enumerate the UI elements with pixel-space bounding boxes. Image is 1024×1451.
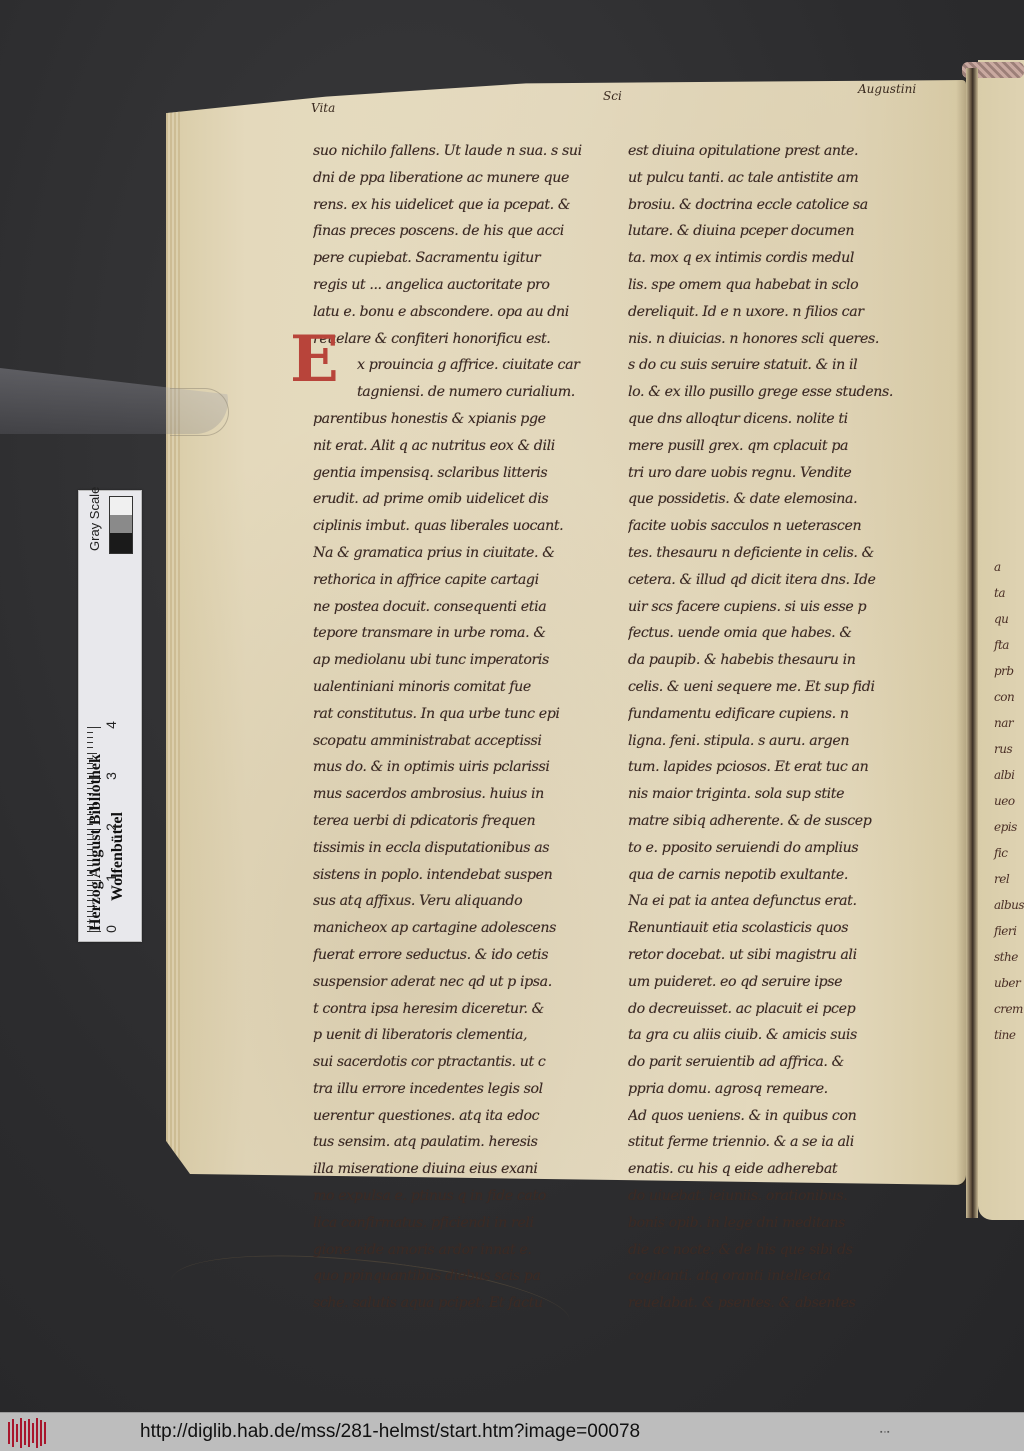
decorated-initial: E [290,330,339,390]
swatch-gray [110,515,132,533]
swatch-white [110,497,132,515]
manuscript-line: mere pusill grex. qm cplacuit pa [628,433,946,460]
logo-bar [24,1421,26,1445]
manuscript-line: uerentur questiones. atq ita edoc [313,1103,633,1130]
gutter [966,68,978,1218]
manuscript-line: sistens in poplo. intendebat suspen [313,862,633,889]
facing-page-fragment: ta [994,586,1005,600]
manuscript-line: fuerat errore seductus. & ido cetis [313,942,633,969]
ruler-label: 1 [103,874,119,882]
facing-page-fragment: con [994,690,1014,704]
manuscript-line: s do cu suis seruire statuit. & in il [628,352,946,379]
manuscript-line: do parit seruientib ad affrica. & [628,1049,946,1076]
manuscript-line: dni de ppa liberatione ac munere que [313,165,633,192]
pager-icon[interactable]: ▪▫▪ [880,1429,890,1436]
manuscript-line: to e. pposito seruiendi do amplius [628,835,946,862]
logo-bar [44,1422,46,1444]
ruler-tick [87,931,101,932]
manuscript-line: finas preces poscens. de his que acci [313,218,633,245]
manuscript-line: ligna. feni. stipula. s auru. argen [628,728,946,755]
manuscript-line: rens. ex his uidelicet que ia pcepat. & [313,192,633,219]
manuscript-line: nit erat. Alit q ac nutritus eox & dili [313,433,633,460]
manuscript-line: lica confirmatus. pficiendi in reli [313,1210,633,1237]
manuscript-line: que possidetis. & date elemosina. [628,486,946,513]
manuscript-line: retor docebat. ut sibi magistru ali [628,942,946,969]
facing-page-fragment: fieri [994,924,1016,938]
manuscript-line: tus sensim. atq paulatim. heresis [313,1129,633,1156]
manuscript-line: tissimis in eccla disputationibus as [313,835,633,862]
manuscript-line: terea uerbi di pdicatoris frequen [313,808,633,835]
manuscript-line: stitut ferme triennio. & a se ia ali [628,1129,946,1156]
manuscript-line: sus atq affixus. Veru aliquando [313,888,633,915]
manuscript-line: mus do. & in optimis uiris pclarissi [313,754,633,781]
running-head-center: Sci [603,89,622,103]
manuscript-line: x prouincia g affrice. ciuitate car [313,352,633,379]
manuscript-line: erudit. ad prime omib uidelicet dis [313,486,633,513]
ruler-tick [87,727,101,728]
facing-page-fragment: qu [994,612,1008,626]
facing-page-fragment: fic [994,846,1008,860]
facing-page-fragment: albi [994,768,1015,782]
manuscript-line: que dns alloqtur dicens. nolite ti [628,406,946,433]
manuscript-line: ta. mox q ex intimis cordis medul [628,245,946,272]
logo-bar [12,1419,14,1447]
logo-bar [40,1420,42,1446]
institution-label: Herzog August Bibliothek [87,754,105,931]
manuscript-line: cogitanti. atq oranti intellecta [628,1263,946,1290]
swatch-black [110,533,132,553]
manuscript-line: reuelare & confiteri honorificu est. [313,326,633,353]
hab-logo-icon[interactable] [8,1418,48,1448]
page-marker-tip [170,388,229,436]
manuscript-line: gentia impensisq. sclaribus litteris [313,460,633,487]
logo-bar [36,1418,38,1448]
manuscript-line: ppria domu. agrosq remeare. [628,1076,946,1103]
logo-bar [16,1424,18,1442]
manuscript-line: qua de carnis nepotib exultante. [628,862,946,889]
manuscript-line: ne postea docuit. consequenti etia [313,594,633,621]
footer-bar: http://diglib.hab.de/mss/281-helmst/star… [0,1412,1024,1451]
manuscript-line: fundamentu edificare cupiens. n [628,701,946,728]
manuscript-line: celis. & ueni sequere me. Et sup fidi [628,674,946,701]
manuscript-line: p uenit di liberatoris clementia, [313,1022,633,1049]
manuscript-line: tra illu errore incedentes legis sol [313,1076,633,1103]
gray-scale-label: Gray Scale [87,487,102,551]
manuscript-line: lutare. & diuina pceper documen [628,218,946,245]
facing-page-fragment: tine [994,1028,1016,1042]
manuscript-line: ciplinis imbut. quas liberales uocant. [313,513,633,540]
manuscript-line: quo ppinquantibus diebus scis pa [313,1263,633,1290]
manuscript-line: Ad quos ueniens. & in quibus con [628,1103,946,1130]
manuscript-line: sui sacerdotis cor ptractantis. ut c [313,1049,633,1076]
manuscript-line: tri uro dare uobis regnu. Vendite [628,460,946,487]
manuscript-line: do decreuisset. ac placuit ei pcep [628,996,946,1023]
manuscript-line: sche. salutis aqua pcipet. Et factu [313,1290,633,1317]
manuscript-viewer: ataquftaprbconnarrusalbiueoepisficrelalb… [0,0,1024,1412]
manuscript-line: die ac nocte. & de his que sibi ds [628,1237,946,1264]
manuscript-line: enatis. cu his q eide adherebat [628,1156,946,1183]
manuscript-line: tagniensi. de numero curialium. [313,379,633,406]
manuscript-line: facite uobis sacculos n ueterascen [628,513,946,540]
manuscript-line: Na & gramatica prius in ciuitate. & [313,540,633,567]
facing-page-fragment: prb [994,664,1014,678]
facing-page-fragment: uber [994,976,1020,990]
ruler-tick [87,737,93,738]
manuscript-line: ap mediolanu ubi tunc imperatoris [313,647,633,674]
manuscript-line: bonis opib. in lege dni meditans [628,1210,946,1237]
facing-page-fragment: fta [994,638,1009,652]
manuscript-line: nis maior triginta. sola sup stite [628,781,946,808]
ruler-tick [87,742,93,743]
facing-page-fragment: albus [994,898,1024,912]
manuscript-line: fectus. uende omia que habes. & [628,620,946,647]
color-scale-bar: Gray Scale Herzog August Bibliothek Wolf… [78,490,142,942]
logo-bar [20,1418,22,1448]
ruler-tick [87,747,93,748]
manuscript-line: ut pulcu tanti. ac tale antistite am [628,165,946,192]
manuscript-line: manicheox ap cartagine adolescens [313,915,633,942]
ruler-label: 2 [103,823,119,831]
facing-page-fragment: rus [994,742,1012,756]
manuscript-line: rethorica in affrice capite cartagi [313,567,633,594]
logo-bar [28,1419,30,1447]
manuscript-line: illa miseratione diuina eius exani [313,1156,633,1183]
facing-page-fragment: nar [994,716,1013,730]
manuscript-line: Na ei pat ia antea defunctus erat. [628,888,946,915]
manuscript-line: um puideret. eo qd seruire ipse [628,969,946,996]
gray-scale-swatches [109,496,133,554]
facing-page-fragment: crem [994,1002,1023,1016]
manuscript-line: uir scs facere cupiens. si uis esse p [628,594,946,621]
ruler-label: 4 [103,721,119,729]
facing-page-fragment: epis [994,820,1017,834]
text-column-right: est diuina opitulatione prest ante.ut pu… [628,138,946,1317]
manuscript-line: brosiu. & doctrina eccle catolice sa [628,192,946,219]
manuscript-line: ta gra cu aliis ciuib. & amicis suis [628,1022,946,1049]
running-head-left: Vita [311,101,335,115]
manuscript-line: lo. & ex illo pusillo grege esse studens… [628,379,946,406]
logo-bar [32,1423,34,1443]
manuscript-line: Renuntiauit etia scolasticis quos [628,915,946,942]
manuscript-line: suspensior aderat nec qd ut p ipsa. [313,969,633,996]
manuscript-line: nis. n diuicias. n honores scli queres. [628,326,946,353]
manuscript-line: scopatu amministrabat acceptissi [313,728,633,755]
manuscript-line: reuelabat. & psentes. & absentes [628,1290,946,1317]
facing-page-fragment: sthe [994,950,1018,964]
manuscript-line: rat constitutus. In qua urbe tunc epi [313,701,633,728]
manuscript-line: regis ut ... angelica auctoritate pro [313,272,633,299]
manuscript-line: da paupib. & habebis thesauru in [628,647,946,674]
facing-page-fragment: ueo [994,794,1015,808]
manuscript-line: dereliquit. Id e n uxore. n filios car [628,299,946,326]
manuscript-line: tum. lapides pciosos. Et erat tuc an [628,754,946,781]
facing-page-fragment: a [994,560,1001,574]
manuscript-line: mus sacerdos ambrosius. huius in [313,781,633,808]
manuscript-line: t contra ipsa heresim diceretur. & [313,996,633,1023]
ruler-tick [87,732,93,733]
manuscript-line: tes. thesauru n deficiente in celis. & [628,540,946,567]
manuscript-line: est diuina opitulatione prest ante. [628,138,946,165]
manuscript-line: lis. spe omem qua habebat in sclo [628,272,946,299]
manuscript-line: gione eide amoris ardor innat e. [313,1237,633,1264]
manuscript-line: cetera. & illud qd dicit itera dns. Ide [628,567,946,594]
manuscript-line: pere cupiebat. Sacramentu igitur [313,245,633,272]
manuscript-line: do uiuebat. ieiuniis. orationibus. [628,1183,946,1210]
ruler-label: 0 [103,925,119,933]
manuscript-line: ualentiniani minoris comitat fue [313,674,633,701]
permalink-url[interactable]: http://diglib.hab.de/mss/281-helmst/star… [140,1421,640,1443]
running-head-right: Augustini [858,82,916,96]
text-column-left: suo nichilo fallens. Ut laude n sua. s s… [313,138,633,1317]
facing-page-fragment: rel [994,872,1009,886]
manuscript-line: latu e. bonu e abscondere. opa au dni [313,299,633,326]
logo-bar [8,1422,10,1444]
manuscript-line: parentibus honestis & xpianis pge [313,406,633,433]
manuscript-line: suo nichilo fallens. Ut laude n sua. s s… [313,138,633,165]
manuscript-line: tepore transmare in urbe roma. & [313,620,633,647]
ruler-label: 3 [103,772,119,780]
manuscript-line: matre sibiq adherente. & de suscep [628,808,946,835]
manuscript-line: mo expulsa e. ptinus q in fide cato [313,1183,633,1210]
